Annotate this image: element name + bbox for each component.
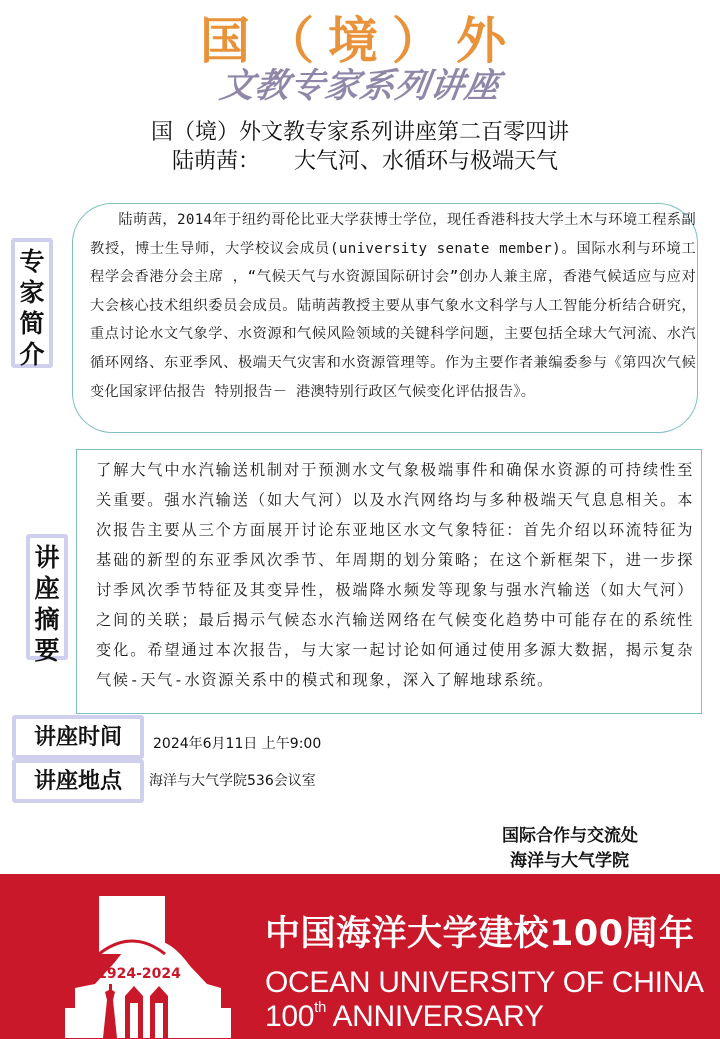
abstract-label-char: 座 <box>30 573 64 604</box>
lecture-topic: 大气河、水循环与极端天气 <box>294 149 558 174</box>
bio-label-char: 简 <box>15 308 49 339</box>
place-label: 讲座地点 <box>12 759 144 803</box>
abstract-label-char: 讲 <box>30 542 64 573</box>
logo-title: 国（境）外 <box>190 14 530 68</box>
bio-label: 专 家 简 介 <box>11 238 53 368</box>
abstract-text: 了解大气中水汽输送机制对于预测水文气象极端事件和确保水资源的可持续性至关重要。强… <box>96 455 694 695</box>
anniversary-title-cn: 中国海洋大学建校100周年 <box>265 914 695 954</box>
bio-label-char: 专 <box>15 246 49 277</box>
abstract-label-char: 要 <box>30 635 64 666</box>
organizers: 国际合作与交流处 海洋与大气学院 <box>502 824 638 874</box>
abstract-label-char: 摘 <box>30 604 64 635</box>
series-logo: 国（境）外 文教专家系列讲座 <box>190 14 530 104</box>
anniversary-banner: 1924-2024 中国海洋大学建校100周年 OCEAN UNIVERSITY… <box>0 874 720 1039</box>
anniv-number: 100 <box>265 1000 314 1033</box>
svg-text:1924-2024: 1924-2024 <box>97 966 181 982</box>
speaker-topic-line: 陆萌茜：大气河、水循环与极端天气 <box>0 147 720 176</box>
anniversary-building-logo: 1924-2024 <box>35 888 245 1038</box>
bio-text: 陆萌茜，2014年于纽约哥伦比亚大学获博士学位，现任香港科技大学土木与环境工程系… <box>90 206 696 406</box>
bio-label-char: 介 <box>15 339 49 370</box>
logo-subtitle: 文教专家系列讲座 <box>187 66 533 106</box>
organizer-1: 国际合作与交流处 <box>502 824 638 849</box>
time-label: 讲座时间 <box>12 715 144 759</box>
anniv-word: ANNIVERSARY <box>326 1000 544 1033</box>
anniversary-title-en: OCEAN UNIVERSITY OF CHINA <box>265 966 704 1000</box>
place-value: 海洋与大气学院536会议室 <box>149 759 316 803</box>
abstract-label: 讲 座 摘 要 <box>26 534 68 660</box>
anniv-suffix: th <box>314 999 326 1016</box>
anniversary-subtitle-en: 100th ANNIVERSARY <box>265 1000 544 1034</box>
organizer-2: 海洋与大气学院 <box>502 849 638 874</box>
series-title: 国（境）外文教专家系列讲座第二百零四讲 <box>0 118 720 147</box>
bio-label-char: 家 <box>15 277 49 308</box>
lecture-title: 国（境）外文教专家系列讲座第二百零四讲 陆萌茜：大气河、水循环与极端天气 <box>0 118 720 176</box>
speaker-name: 陆萌茜： <box>172 149 260 174</box>
